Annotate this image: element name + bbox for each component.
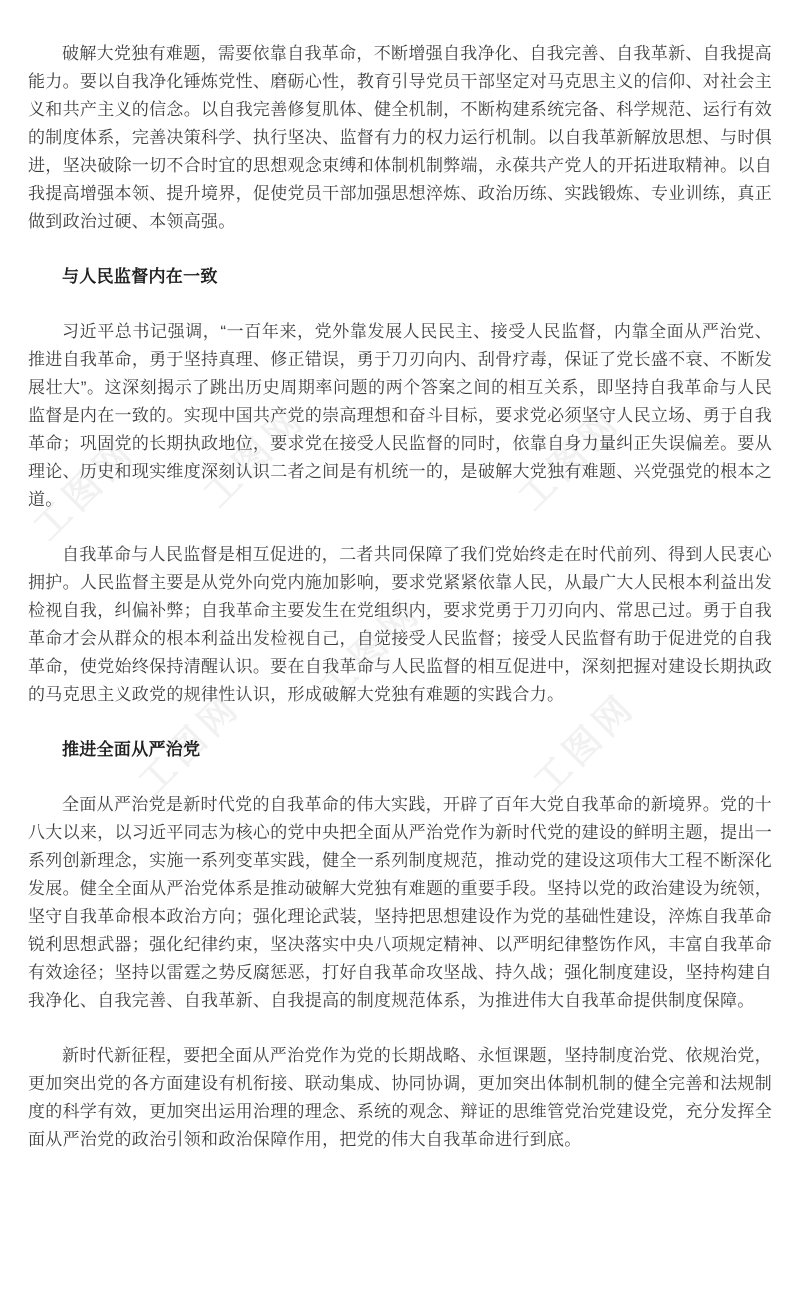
paragraph-mutual-promotion: 自我革命与人民监督是相互促进的，二者共同保障了我们党始终走在时代前列、得到人民衷… bbox=[28, 541, 772, 709]
paragraph-quote-inner-consistency: 习近平总书记强调，“一百年来，党外靠发展人民民主、接受人民监督，内靠全面从严治党… bbox=[28, 318, 772, 514]
paragraph-self-revolution-abilities: 破解大党独有难题，需要依靠自我革命，不断增强自我净化、自我完善、自我革新、自我提… bbox=[28, 40, 772, 236]
paragraph-strict-governance-system: 全面从严治党是新时代党的自我革命的伟大实践，开辟了百年大党自我革命的新境界。党的… bbox=[28, 791, 772, 1015]
section-heading-strict-governance: 推进全面从严治党 bbox=[28, 736, 772, 764]
article-body: 破解大党独有难题，需要依靠自我革命，不断增强自我净化、自我完善、自我革新、自我提… bbox=[0, 0, 800, 1154]
section-heading-people-supervision: 与人民监督内在一致 bbox=[28, 263, 772, 291]
paragraph-new-era-new-journey: 新时代新征程，要把全面从严治党作为党的长期战略、永恒课题，坚持制度治党、依规治党… bbox=[28, 1042, 772, 1154]
document-page: 工图网 工图网 工图网 工图网 工图网 工图网 破解大党独有难题，需要依靠自我革… bbox=[0, 0, 800, 1289]
